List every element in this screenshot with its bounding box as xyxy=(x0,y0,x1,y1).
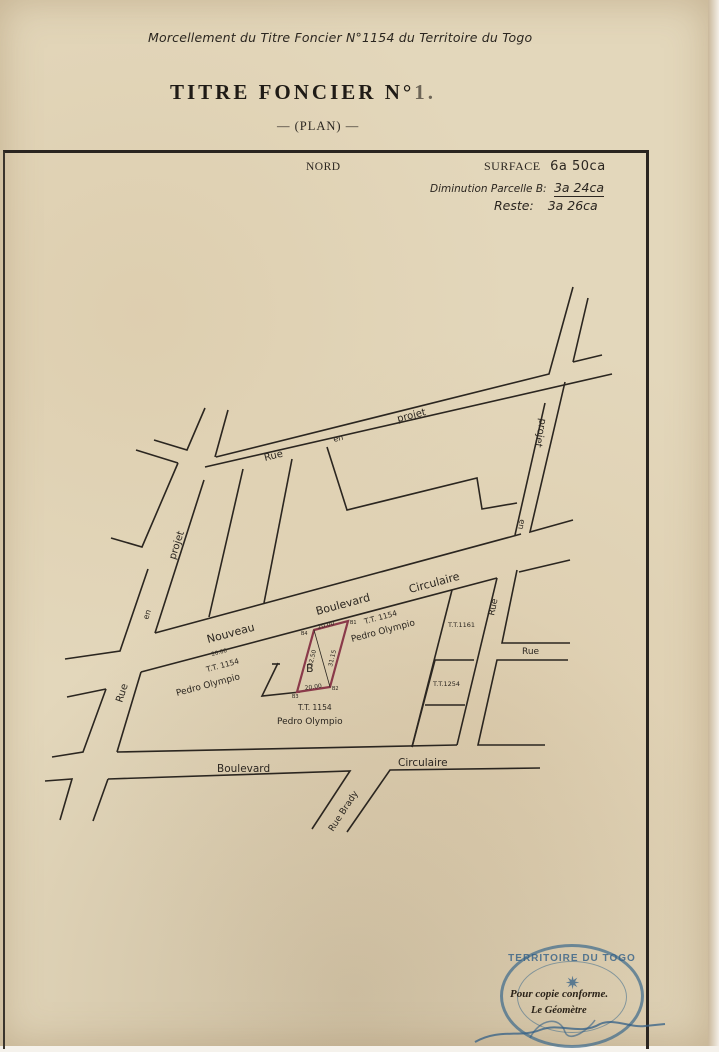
cadastral-map: Rue en projet projet en Rue projet en No… xyxy=(0,0,719,1052)
parcel-b-side-bottom: 20.00 xyxy=(304,683,322,692)
label-projet-top: projet xyxy=(396,407,427,425)
label-rue-top: Rue xyxy=(263,449,284,464)
tt-1254-label: T.T.1254 xyxy=(432,680,460,688)
parcel-b-side-top: 20.00 xyxy=(317,620,336,631)
below-parcel-title: T.T. 1154 xyxy=(297,703,332,712)
label-boulevard-bottom: Boulevard xyxy=(217,763,270,775)
corner-b2: B2 xyxy=(332,686,339,692)
right-parcel-owner: Pedro Olympio xyxy=(350,618,416,645)
label-rue-right-horizontal: Rue xyxy=(522,647,540,657)
tt-1161-label: T.T.1161 xyxy=(447,621,475,629)
label-rue-brady: Rue Brady xyxy=(327,789,361,834)
corner-b4: B4 xyxy=(301,631,308,637)
label-circulaire-bottom: Circulaire xyxy=(398,757,448,769)
label-en-right: en xyxy=(516,519,527,530)
signature-icon xyxy=(470,1008,670,1046)
left-parcel-extra: 20.00 xyxy=(211,648,228,658)
below-parcel-owner: Pedro Olympio xyxy=(277,717,343,727)
left-parcel-owner: Pedro Olympio xyxy=(175,672,241,699)
certification-text: Pour copie conforme. xyxy=(510,988,608,1000)
label-nouveau: Nouveau xyxy=(205,621,256,646)
corner-b3: B3 xyxy=(292,694,299,700)
label-rue-right-vertical: Rue xyxy=(487,597,500,616)
label-en-top: en xyxy=(332,433,344,444)
street-lines xyxy=(45,287,612,832)
label-projet-left: projet xyxy=(167,530,187,561)
corner-b1: B1 xyxy=(350,620,357,626)
label-projet-right: projet xyxy=(532,417,548,448)
label-circulaire-new: Circulaire xyxy=(407,570,461,596)
left-parcel-title: T.T. 1154 xyxy=(204,656,240,674)
label-en-left: en xyxy=(141,608,153,620)
label-rue-left: Rue xyxy=(114,682,130,703)
stamp-ring-text: TERRITOIRE DU TOGO xyxy=(503,953,641,964)
